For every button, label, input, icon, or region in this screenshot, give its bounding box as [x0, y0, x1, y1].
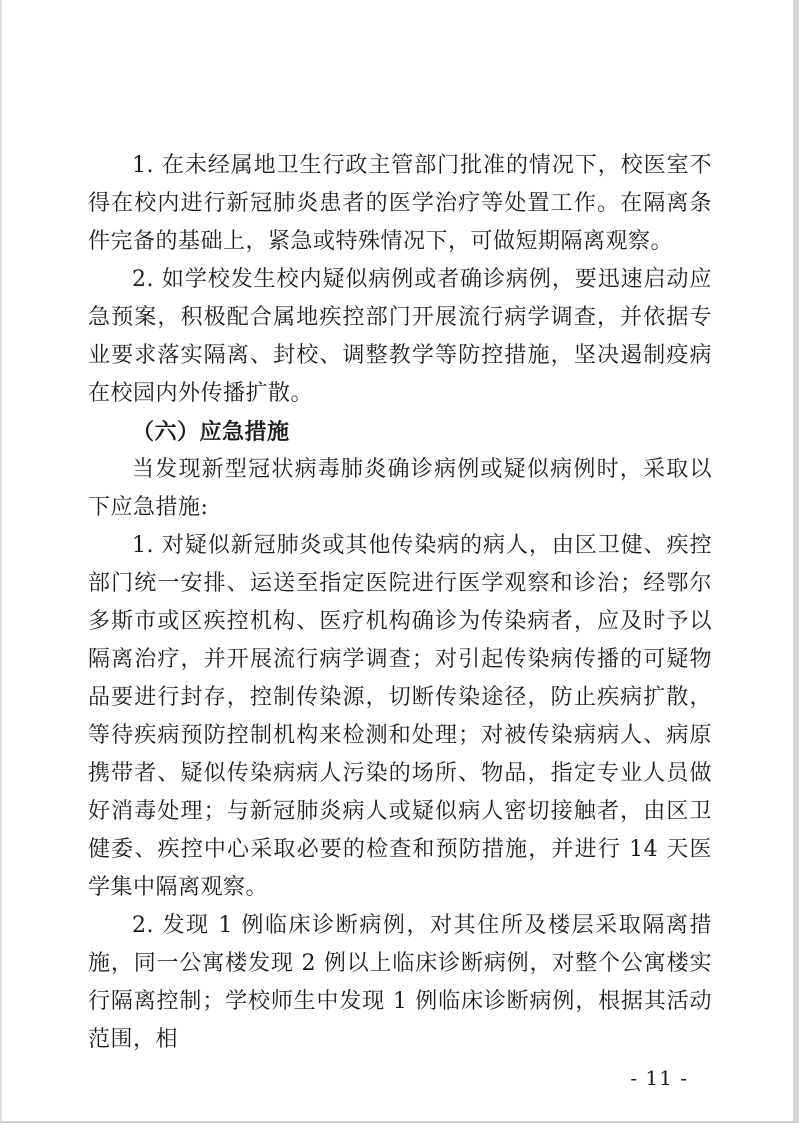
paragraph-measure-1: 1. 对疑似新冠肺炎或其他传染病的病人，由区卫健、疾控部门统一安排、运送至指定医… — [88, 527, 712, 907]
paragraph-measure-2: 2. 发现 1 例临床诊断病例，对其住所及楼层采取隔离措施，同一公寓楼发现 2 … — [88, 907, 712, 1059]
section-heading-emergency-measures: （六）应急措施 — [88, 413, 712, 451]
paragraph-regulation-2: 2. 如学校发生校内疑似病例或者确诊病例，要迅速启动应急预案，积极配合属地疾控部… — [88, 261, 712, 413]
page-number: - 11 - — [630, 1068, 688, 1088]
paragraph-intro-emergency: 当发现新型冠状病毒肺炎确诊病例或疑似病例时，采取以下应急措施: — [88, 451, 712, 527]
document-body: 1. 在未经属地卫生行政主管部门批准的情况下，校医室不得在校内进行新冠肺炎患者的… — [88, 147, 712, 1059]
paragraph-regulation-1: 1. 在未经属地卫生行政主管部门批准的情况下，校医室不得在校内进行新冠肺炎患者的… — [88, 147, 712, 261]
document-page: 1. 在未经属地卫生行政主管部门批准的情况下，校医室不得在校内进行新冠肺炎患者的… — [0, 0, 799, 1123]
